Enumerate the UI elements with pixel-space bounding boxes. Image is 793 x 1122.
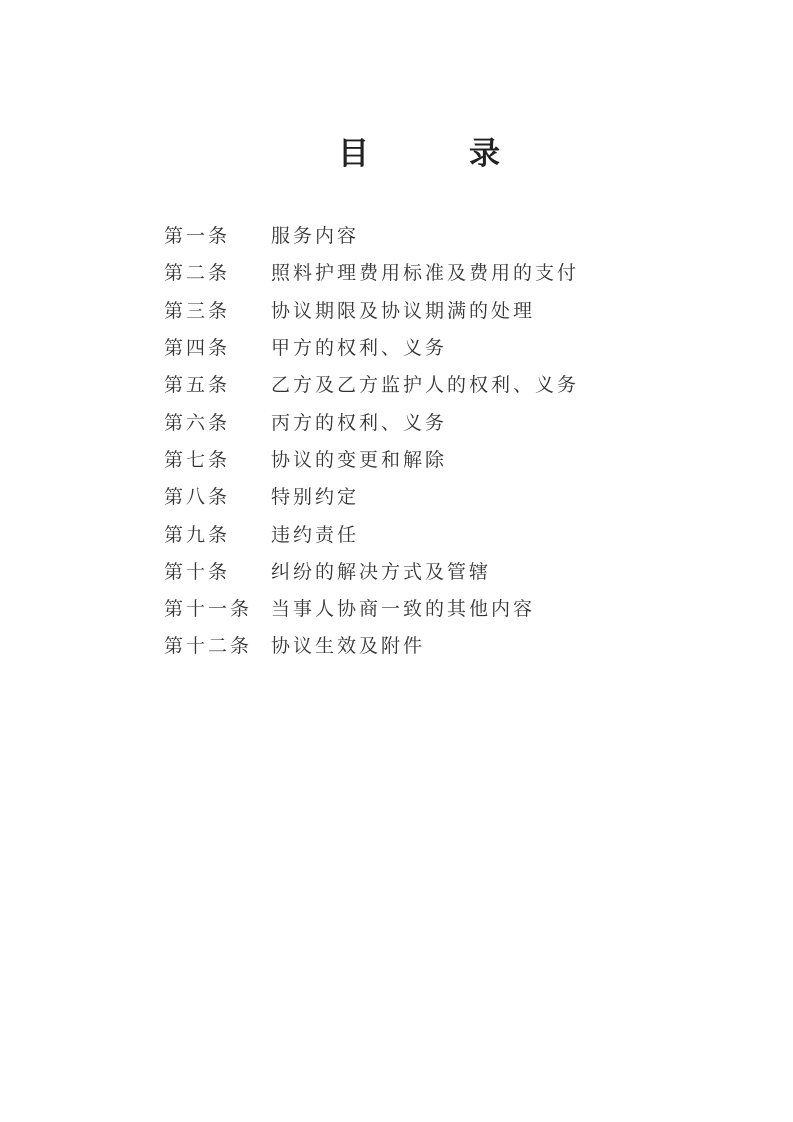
toc-item: 第十条 纠纷的解决方式及管辖 (164, 552, 579, 589)
toc-item-text: 违约责任 (271, 520, 359, 547)
toc-item-number: 第十一条 (164, 594, 271, 621)
toc-item-number: 第十二条 (164, 631, 271, 658)
toc-item-number: 第三条 (164, 296, 271, 323)
toc-item-number: 第七条 (164, 445, 271, 472)
toc-item-text: 特别约定 (271, 482, 359, 509)
toc-item-text: 协议期限及协议期满的处理 (271, 296, 535, 323)
toc-item-number: 第六条 (164, 408, 271, 435)
toc-item-text: 协议的变更和解除 (271, 445, 447, 472)
toc-item: 第七条 协议的变更和解除 (164, 440, 579, 477)
toc-item-text: 协议生效及附件 (271, 631, 425, 658)
toc-item-number: 第二条 (164, 258, 271, 285)
table-of-contents: 第一条 服务内容 第二条 照料护理费用标准及费用的支付 第三条 协议期限及协议期… (164, 216, 579, 664)
toc-item-number: 第八条 (164, 482, 271, 509)
toc-item: 第五条 乙方及乙方监护人的权利、义务 (164, 365, 579, 402)
page-title: 目 录 (0, 134, 793, 174)
toc-item: 第三条 协议期限及协议期满的处理 (164, 291, 579, 328)
toc-item-text: 服务内容 (271, 221, 359, 248)
page-title-char-1: 目 (338, 134, 369, 174)
toc-item-text: 当事人协商一致的其他内容 (271, 594, 535, 621)
toc-item: 第八条 特别约定 (164, 477, 579, 514)
page-title-char-2: 录 (469, 134, 500, 174)
toc-item: 第九条 违约责任 (164, 514, 579, 551)
toc-item: 第二条 照料护理费用标准及费用的支付 (164, 253, 579, 290)
toc-item-text: 纠纷的解决方式及管辖 (271, 557, 491, 584)
toc-item: 第六条 丙方的权利、义务 (164, 402, 579, 439)
toc-item: 第一条 服务内容 (164, 216, 579, 253)
toc-item-text: 照料护理费用标准及费用的支付 (271, 258, 579, 285)
toc-item-number: 第一条 (164, 221, 271, 248)
toc-item: 第十一条 当事人协商一致的其他内容 (164, 589, 579, 626)
toc-item-text: 丙方的权利、义务 (271, 408, 447, 435)
toc-item: 第四条 甲方的权利、义务 (164, 328, 579, 365)
toc-item-number: 第四条 (164, 333, 271, 360)
toc-item-number: 第十条 (164, 557, 271, 584)
toc-item-text: 甲方的权利、义务 (271, 333, 447, 360)
toc-item: 第十二条 协议生效及附件 (164, 626, 579, 663)
toc-item-number: 第九条 (164, 520, 271, 547)
toc-item-text: 乙方及乙方监护人的权利、义务 (271, 370, 579, 397)
toc-item-number: 第五条 (164, 370, 271, 397)
